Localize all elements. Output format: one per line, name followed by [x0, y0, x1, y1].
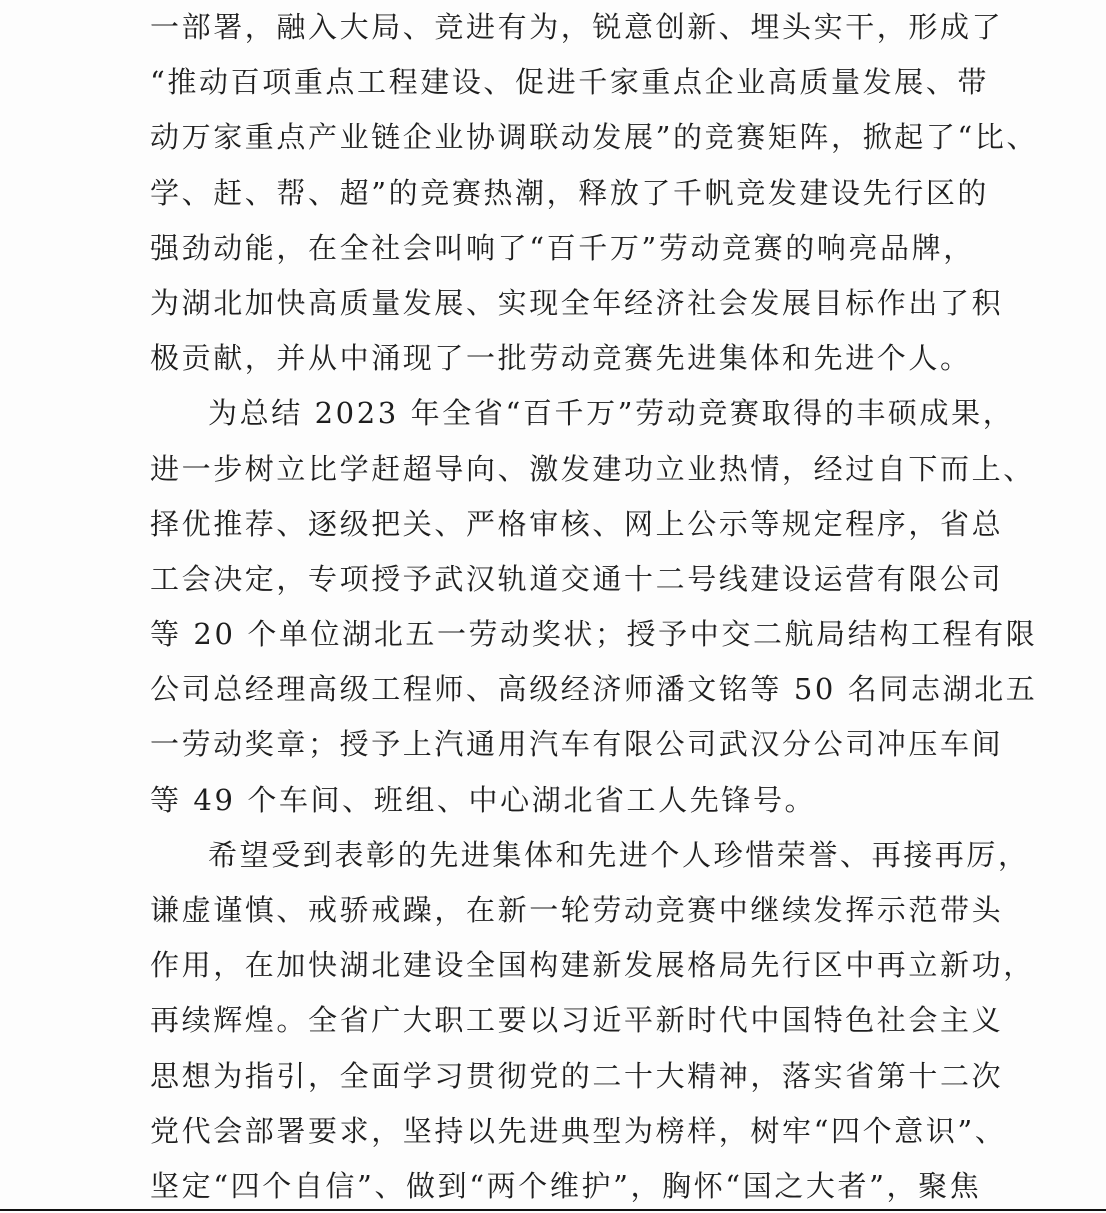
text-line: 强劲动能，在全社会叫响了“百千万”劳动竞赛的响亮品牌，	[150, 221, 962, 276]
text-line-content: 工会决定，专项授予武汉轨道交通十二号线建设运营有限公司	[150, 552, 962, 607]
text-line: 思想为指引，全面学习贯彻党的二十大精神，落实省第十二次	[150, 1049, 962, 1104]
text-line-content: “推动百项重点工程建设、促进千家重点企业高质量发展、带	[150, 55, 962, 110]
paragraph-start-line: 为总结 2023 年全省“百千万”劳动竞赛取得的丰硕成果，	[150, 386, 962, 441]
text-line: 学、赶、帮、超”的竞赛热潮，释放了千帆竞发建设先行区的	[150, 166, 962, 221]
text-line: 动万家重点产业链企业协调联动发展”的竞赛矩阵，掀起了“比、	[150, 110, 962, 165]
document-body-text: 一部署，融入大局、竞进有为，锐意创新、埋头实干，形成了 “推动百项重点工程建设、…	[150, 0, 962, 1213]
text-line-content: 极贡献，并从中涌现了一批劳动竞赛先进集体和先进个人。	[150, 331, 962, 386]
text-line: 极贡献，并从中涌现了一批劳动竞赛先进集体和先进个人。	[150, 331, 962, 386]
text-line-content: 一部署，融入大局、竞进有为，锐意创新、埋头实干，形成了	[150, 0, 962, 55]
text-line: “推动百项重点工程建设、促进千家重点企业高质量发展、带	[150, 55, 962, 110]
text-line-content: 为总结 2023 年全省“百千万”劳动竞赛取得的丰硕成果，	[150, 386, 962, 441]
text-line: 作用，在加快湖北建设全国构建新发展格局先行区中再立新功，	[150, 938, 962, 993]
text-line: 等 20 个单位湖北五一劳动奖状；授予中交二航局结构工程有限	[150, 607, 962, 662]
text-line-content: 公司总经理高级工程师、高级经济师潘文铭等 50 名同志湖北五	[150, 662, 962, 717]
text-line: 党代会部署要求，坚持以先进典型为榜样，树牢“四个意识”、	[150, 1104, 962, 1159]
text-line-content: 一劳动奖章；授予上汽通用汽车有限公司武汉分公司冲压车间	[150, 717, 962, 772]
text-line-content: 学、赶、帮、超”的竞赛热潮，释放了千帆竞发建设先行区的	[150, 166, 962, 221]
page-bottom-border	[0, 1209, 1106, 1211]
text-line: 坚定“四个自信”、做到“两个维护”，胸怀“国之大者”，聚焦	[150, 1159, 962, 1213]
text-line: 进一步树立比学赶超导向、激发建功立业热情，经过自下而上、	[150, 442, 962, 497]
text-line-content: 为湖北加快高质量发展、实现全年经济社会发展目标作出了积	[150, 276, 962, 331]
text-line: 等 49 个车间、班组、中心湖北省工人先锋号。	[150, 773, 962, 828]
text-line-content: 动万家重点产业链企业协调联动发展”的竞赛矩阵，掀起了“比、	[150, 110, 962, 165]
text-line: 一部署，融入大局、竞进有为，锐意创新、埋头实干，形成了	[150, 0, 962, 55]
document-page: 一部署，融入大局、竞进有为，锐意创新、埋头实干，形成了 “推动百项重点工程建设、…	[0, 0, 1106, 1213]
text-line: 再续辉煌。全省广大职工要以习近平新时代中国特色社会主义	[150, 993, 962, 1048]
paragraph-start-line: 希望受到表彰的先进集体和先进个人珍惜荣誉、再接再厉，	[150, 828, 962, 883]
text-line: 为湖北加快高质量发展、实现全年经济社会发展目标作出了积	[150, 276, 962, 331]
text-line-content: 再续辉煌。全省广大职工要以习近平新时代中国特色社会主义	[150, 993, 962, 1048]
text-line-content: 思想为指引，全面学习贯彻党的二十大精神，落实省第十二次	[150, 1049, 962, 1104]
text-line-content: 作用，在加快湖北建设全国构建新发展格局先行区中再立新功，	[150, 938, 962, 993]
text-line-content: 择优推荐、逐级把关、严格审核、网上公示等规定程序，省总	[150, 497, 962, 552]
text-line-content: 等 49 个车间、班组、中心湖北省工人先锋号。	[150, 773, 962, 828]
text-line-content: 党代会部署要求，坚持以先进典型为榜样，树牢“四个意识”、	[150, 1104, 962, 1159]
text-line: 公司总经理高级工程师、高级经济师潘文铭等 50 名同志湖北五	[150, 662, 962, 717]
text-line-content: 谦虚谨慎、戒骄戒躁，在新一轮劳动竞赛中继续发挥示范带头	[150, 883, 962, 938]
text-line: 择优推荐、逐级把关、严格审核、网上公示等规定程序，省总	[150, 497, 962, 552]
text-line-content: 进一步树立比学赶超导向、激发建功立业热情，经过自下而上、	[150, 442, 962, 497]
text-line: 谦虚谨慎、戒骄戒躁，在新一轮劳动竞赛中继续发挥示范带头	[150, 883, 962, 938]
text-line: 一劳动奖章；授予上汽通用汽车有限公司武汉分公司冲压车间	[150, 717, 962, 772]
text-line-content: 坚定“四个自信”、做到“两个维护”，胸怀“国之大者”，聚焦	[150, 1159, 962, 1213]
text-line-content: 等 20 个单位湖北五一劳动奖状；授予中交二航局结构工程有限	[150, 607, 962, 662]
text-line: 工会决定，专项授予武汉轨道交通十二号线建设运营有限公司	[150, 552, 962, 607]
text-line-content: 强劲动能，在全社会叫响了“百千万”劳动竞赛的响亮品牌，	[150, 221, 962, 276]
text-line-content: 希望受到表彰的先进集体和先进个人珍惜荣誉、再接再厉，	[150, 828, 962, 883]
